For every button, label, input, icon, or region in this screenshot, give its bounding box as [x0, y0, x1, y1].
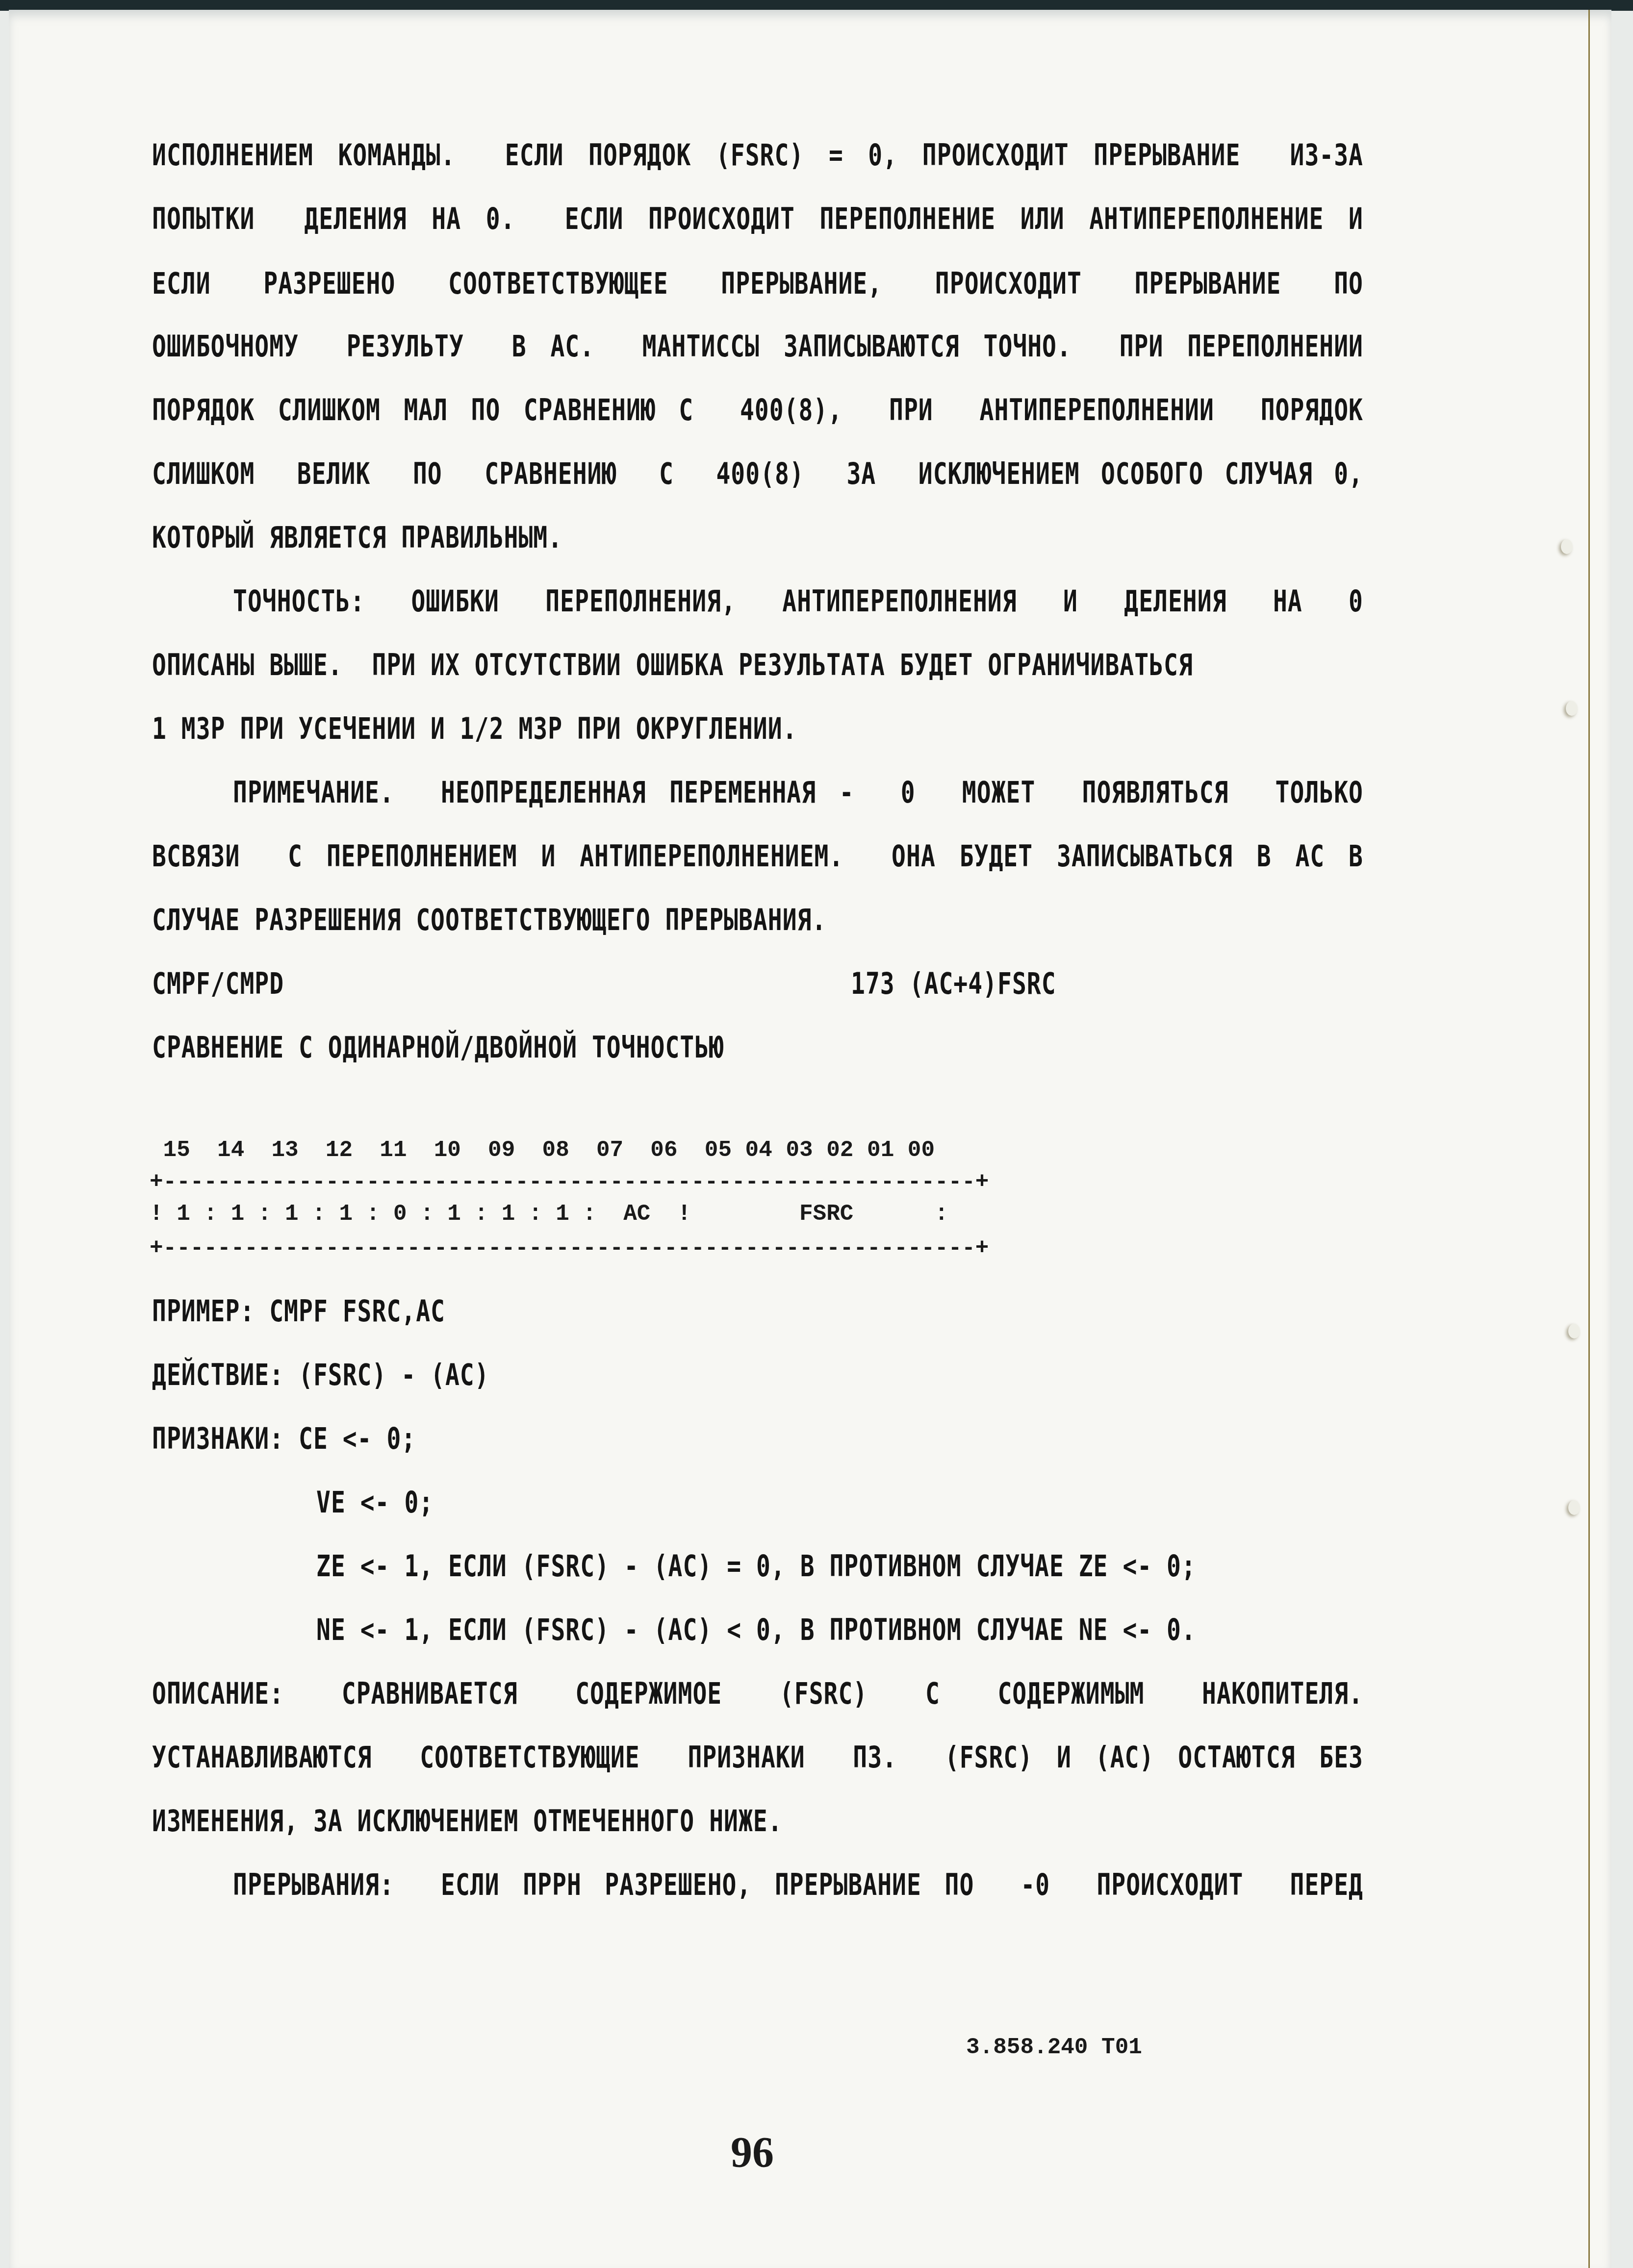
document-number: 3.858.240 Т01: [966, 2035, 1142, 2060]
scan-top-border: [0, 0, 1633, 11]
text-line: ИСПОЛНЕНИЕМ КОМАНДЫ. ЕСЛИ ПОРЯДОК (FSRC)…: [152, 138, 1363, 173]
page-edge: [1588, 10, 1590, 2268]
text-line: СЛУЧАЕ РАЗРЕШЕНИЯ СООТВЕТСТВУЮЩЕГО ПРЕРЫ…: [152, 903, 1363, 937]
flags-line: ПРИЗНАКИ: CE <- 0;: [152, 1422, 1363, 1456]
binding-hole: [1568, 1500, 1580, 1515]
text-line: УСТАНАВЛИВАЮТСЯ СООТВЕТСТВУЮЩИЕ ПРИЗНАКИ…: [152, 1740, 1363, 1775]
instruction-mnemonic: CMPF/CMPD: [152, 967, 284, 1001]
accuracy-heading: ТОЧНОСТЬ: ОШИБКИ ПЕРЕПОЛНЕНИЯ, АНТИПЕРЕП…: [233, 584, 1363, 619]
description-line: ОПИСАНИЕ: СРАВНИВАЕТСЯ СОДЕРЖИМОЕ (FSRC)…: [152, 1677, 1363, 1711]
text-line: ИЗМЕНЕНИЯ, ЗА ИСКЛЮЧЕНИЕМ ОТМЕЧЕННОГО НИ…: [152, 1804, 1363, 1839]
action-line: ДЕЙСТВИЕ: (FSRC) - (AC): [152, 1358, 1363, 1392]
bit-numbers: 15 14 13 12 11 10 09 08 07 06 05 04 03 0…: [150, 1137, 935, 1163]
text-line: ОПИСАНЫ ВЫШЕ. ПРИ ИХ ОТСУТСТВИИ ОШИБКА Р…: [152, 648, 1363, 682]
text-line: ПОПЫТКИ ДЕЛЕНИЯ НА 0. ЕСЛИ ПРОИСХОДИТ ПЕ…: [152, 202, 1363, 236]
interrupts-line: ПРЕРЫВАНИЯ: ЕСЛИ ПРРН РАЗРЕШЕНО, ПРЕРЫВА…: [233, 1868, 1363, 1902]
text-line: 1 МЗР ПРИ УСЕЧЕНИИ И 1/2 МЗР ПРИ ОКРУГЛЕ…: [152, 712, 1363, 746]
bit-fields: ! 1 : 1 : 1 : 1 : 0 : 1 : 1 : 1 : AC ! F…: [150, 1201, 948, 1227]
flag-ve: VE <- 0;: [316, 1486, 1363, 1520]
text-line: СЛИШКОМ ВЕЛИК ПО СРАВНЕНИЮ С 400(8) ЗА И…: [152, 457, 1363, 491]
example-line: ПРИМЕР: CMPF FSRC,AC: [152, 1294, 1363, 1329]
note-heading: ПРИМЕЧАНИЕ. НЕОПРЕДЕЛЕННАЯ ПЕРЕМЕННАЯ - …: [233, 776, 1363, 810]
text-line: ЕСЛИ РАЗРЕШЕНО СООТВЕТСТВУЮЩЕЕ ПРЕРЫВАНИ…: [152, 267, 1363, 301]
bit-border-top: +---------------------------------------…: [150, 1169, 989, 1195]
flag-ze: ZE <- 1, ЕСЛИ (FSRC) - (AC) = 0, В ПРОТИ…: [316, 1549, 1363, 1584]
page-number: 96: [731, 2128, 774, 2177]
binding-hole: [1566, 701, 1578, 716]
text-line: ПОРЯДОК СЛИШКОМ МАЛ ПО СРАВНЕНИЮ С 400(8…: [152, 393, 1363, 428]
binding-hole: [1561, 539, 1573, 554]
text-line: ОШИБОЧНОМУ РЕЗУЛЬТУ В АС. МАНТИССЫ ЗАПИС…: [152, 329, 1363, 364]
binding-hole: [1568, 1324, 1580, 1338]
flag-ne: NE <- 1, ЕСЛИ (FSRC) - (AC) < 0, В ПРОТИ…: [316, 1613, 1363, 1647]
bit-border-bottom: +---------------------------------------…: [150, 1235, 989, 1261]
instruction-title: СРАВНЕНИЕ С ОДИНАРНОЙ/ДВОЙНОЙ ТОЧНОСТЬЮ: [152, 1031, 1363, 1065]
instruction-opcode: 173 (AC+4)FSRC: [851, 967, 1056, 1001]
text-line: КОТОРЫЙ ЯВЛЯЕТСЯ ПРАВИЛЬНЫМ.: [152, 521, 1363, 555]
text-line: ВСВЯЗИ С ПЕРЕПОЛНЕНИЕМ И АНТИПЕРЕПОЛНЕНИ…: [152, 839, 1363, 874]
